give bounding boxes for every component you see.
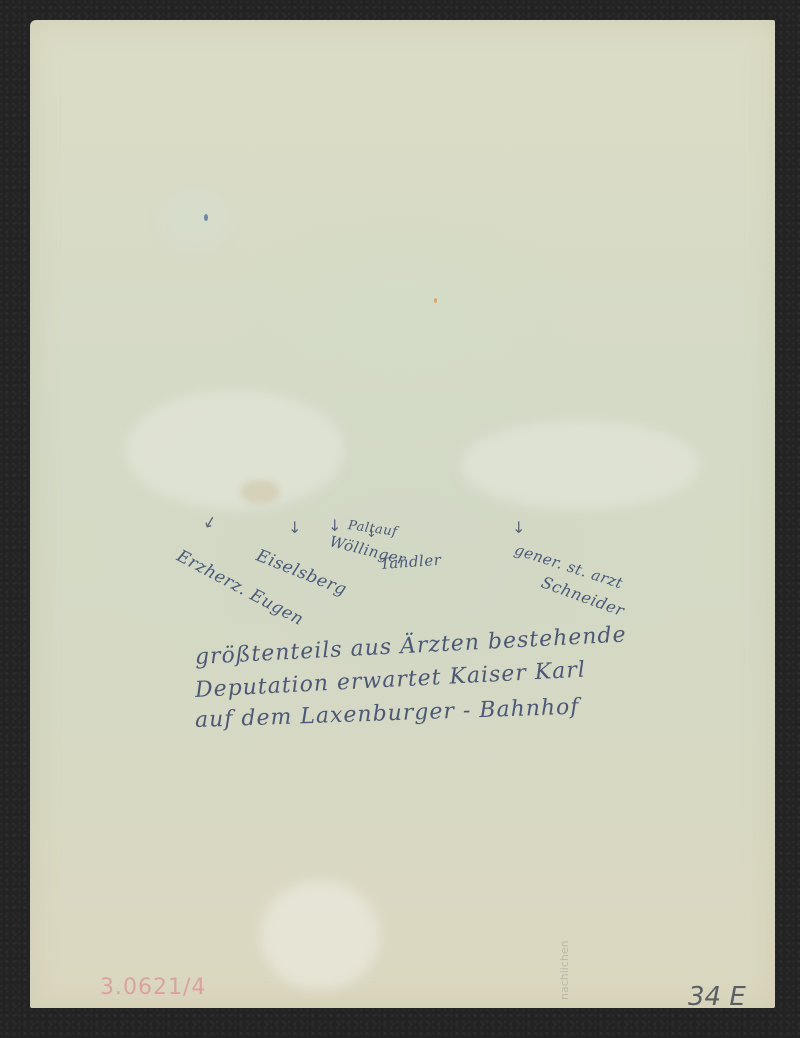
ink-spot	[204, 214, 208, 221]
orange-spot	[434, 298, 437, 303]
faint-stamp: nachlichen	[558, 940, 571, 1000]
catalog-code: 34 E	[688, 982, 746, 1012]
paper-stain	[460, 420, 700, 510]
arrow-down-icon: ↓	[288, 518, 301, 537]
arrow-down-icon: ↓	[512, 518, 525, 537]
inventory-number: 3.0621/4	[100, 975, 206, 1000]
tan-stain	[240, 480, 280, 504]
photo-verso-paper	[30, 20, 775, 1008]
paper-stain	[125, 390, 345, 510]
paper-stain	[260, 880, 380, 990]
paper-stain	[160, 190, 230, 250]
